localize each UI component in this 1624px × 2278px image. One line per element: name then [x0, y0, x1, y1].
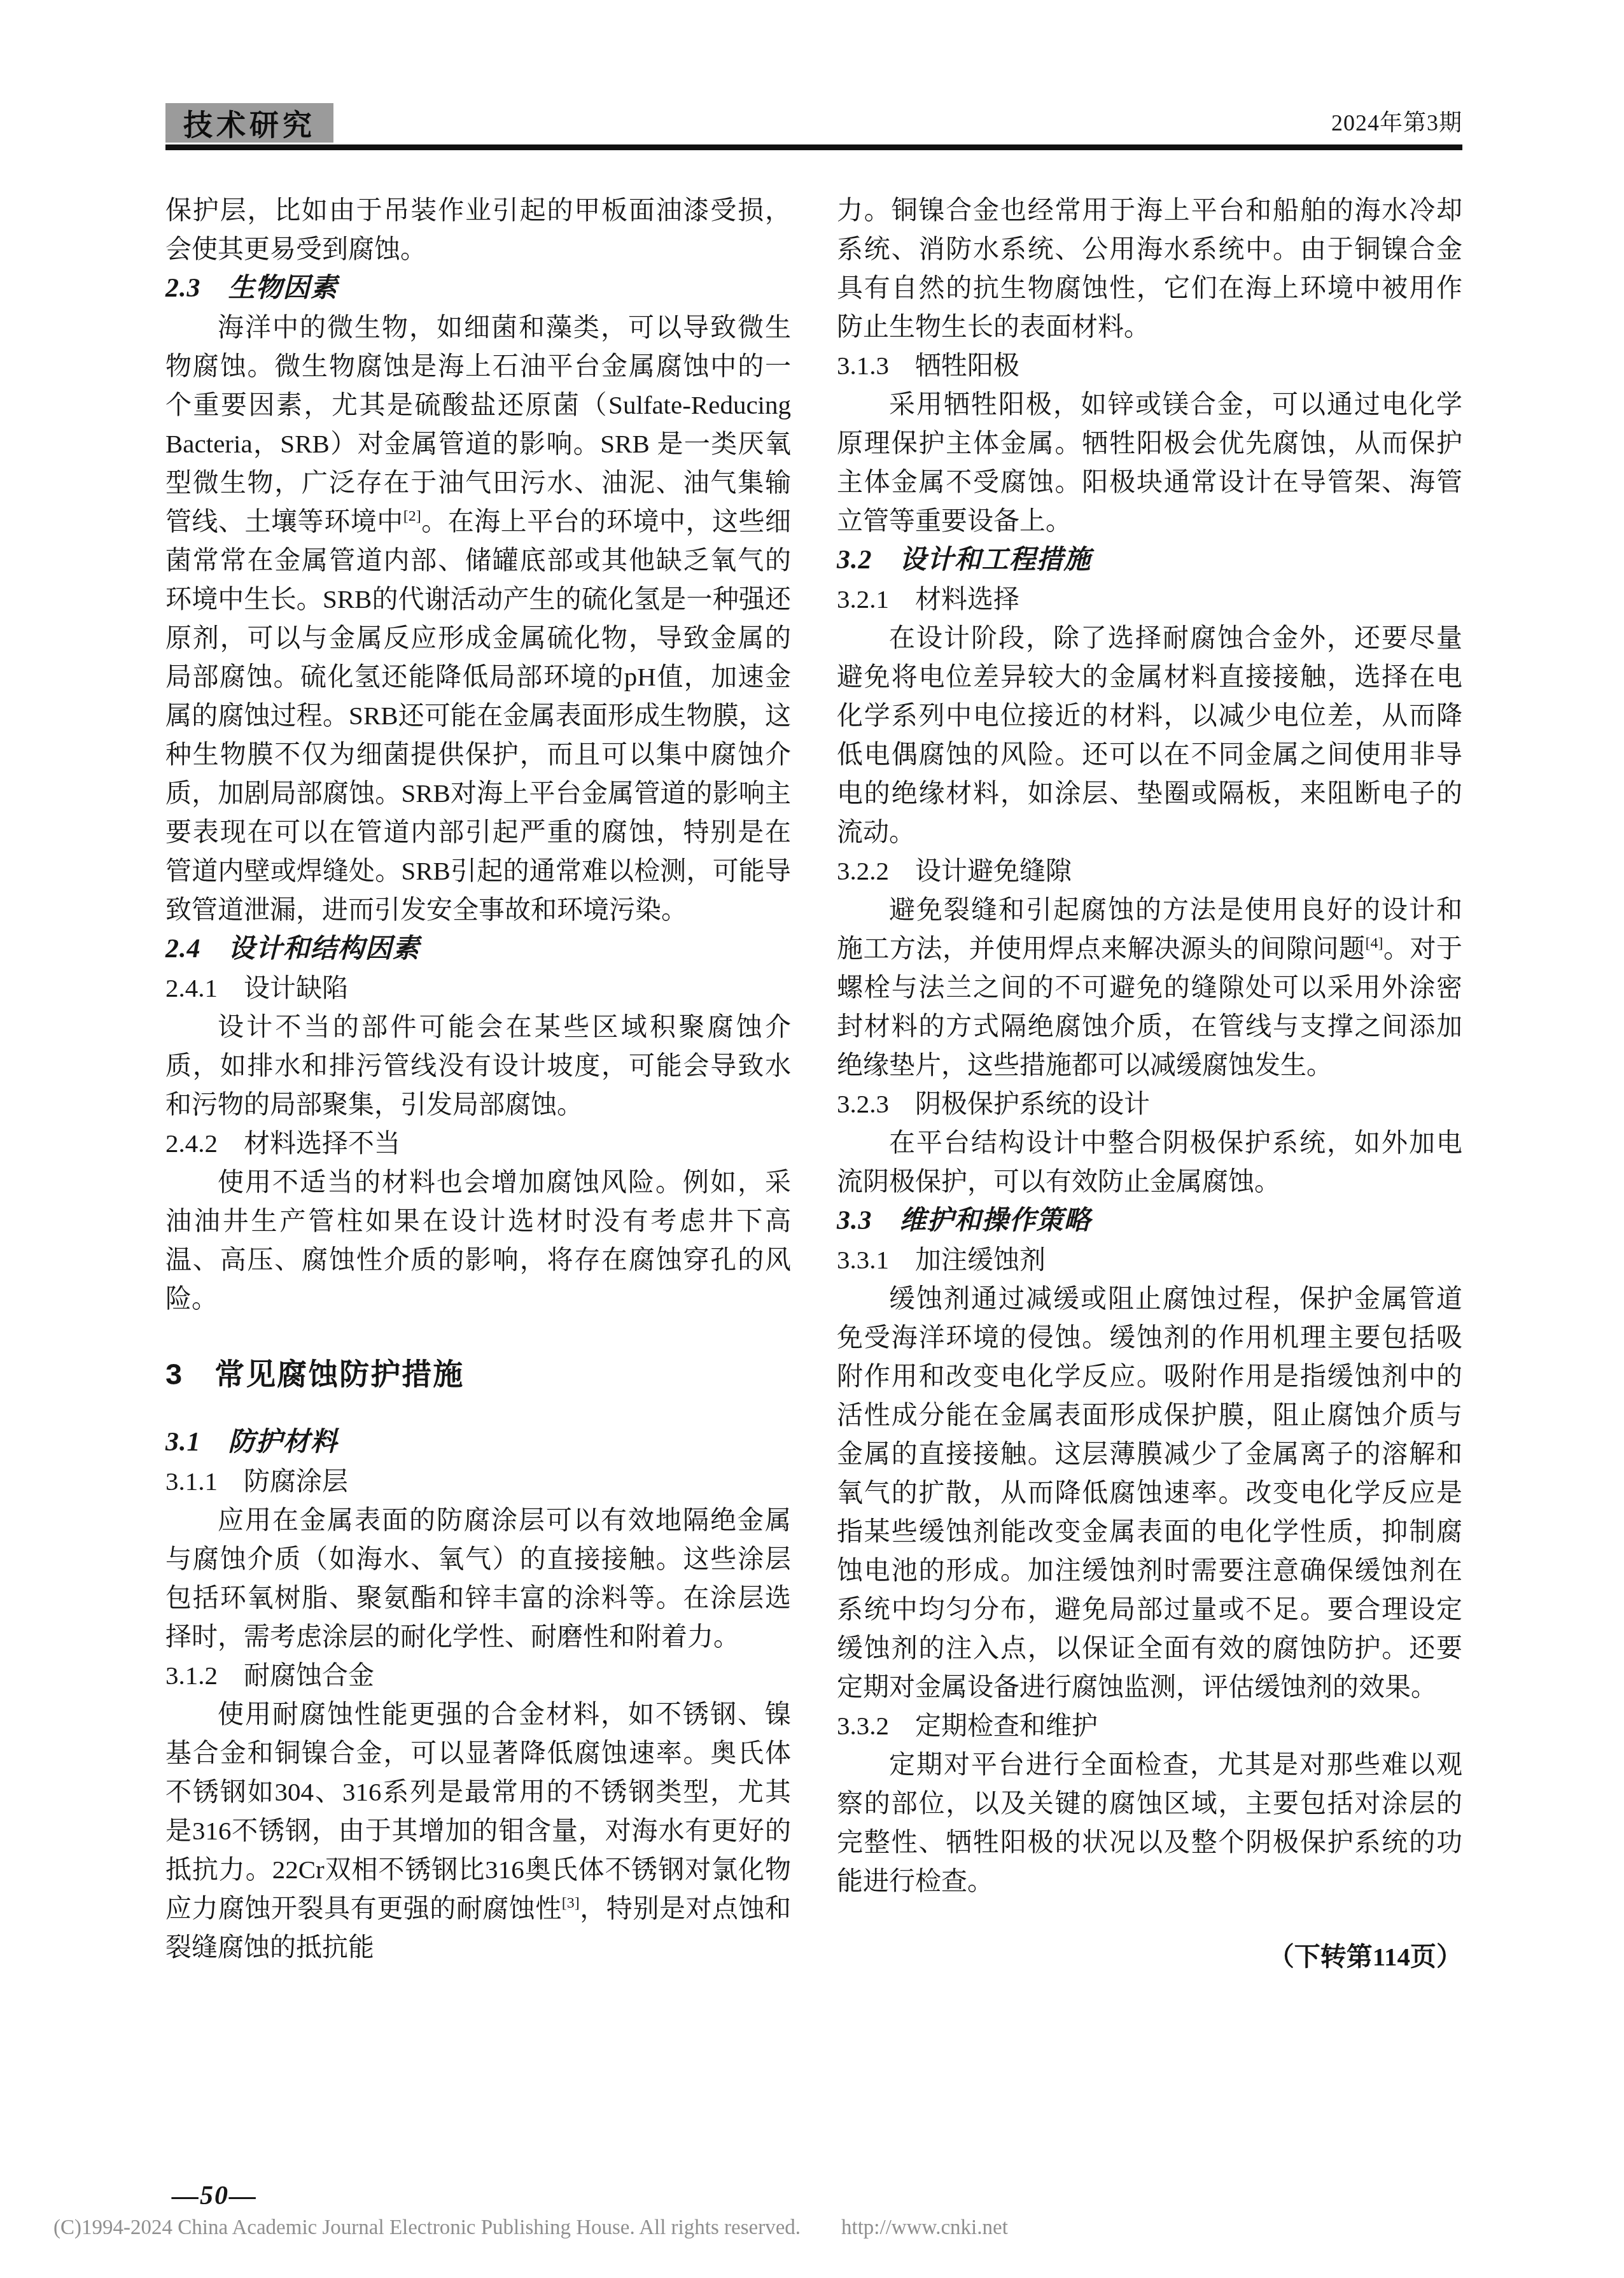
body-paragraph: 在设计阶段，除了选择耐腐蚀合金外，还要尽量避免将电位差异较大的金属材料直接接触，…: [837, 619, 1462, 852]
section-heading-level2: 3.1 防护材料: [165, 1423, 791, 1462]
body-paragraph: 在平台结构设计中整合阴极保护系统，如外加电流阴极保护，可以有效防止金属腐蚀。: [837, 1123, 1462, 1201]
text-run: 在设计阶段，除了选择耐腐蚀合金外，还要尽量避免将电位差异较大的金属材料直接接触，…: [837, 623, 1462, 847]
continued-on-note: （下转第114页）: [837, 1937, 1462, 1976]
column-badge: 技术研究: [165, 103, 333, 143]
badge-label: 技术研究: [183, 102, 316, 144]
body-paragraph: 应用在金属表面的防腐涂层可以有效地隔绝金属与腐蚀介质（如海水、氧气）的直接接触。…: [165, 1501, 791, 1656]
text-run: 定期对平台进行全面检查，尤其是对那些难以观察的部位，以及关键的腐蚀区域，主要包括…: [837, 1750, 1462, 1895]
section-heading-level3: 2.4.2 材料选择不当: [165, 1124, 791, 1163]
body-paragraph: 采用牺牲阳极，如锌或镁合金，可以通过电化学原理保护主体金属。牺牲阳极会优先腐蚀，…: [837, 385, 1462, 540]
text-run: 使用耐腐蚀性能更强的合金材料，如不锈钢、镍基合金和铜镍合金，可以显著降低腐蚀速率…: [165, 1699, 791, 1923]
body-paragraph: 避免裂缝和引起腐蚀的方法是使用良好的设计和施工方法，并使用焊点来解决源头的间隙问…: [837, 890, 1462, 1085]
column-right: 力。铜镍合金也经常用于海上平台和船舶的海水冷却系统、消防水系统、公用海水系统中。…: [837, 191, 1462, 1976]
section-heading-level3: 2.4.1 设计缺陷: [165, 969, 791, 1008]
page-header: 技术研究 2024年第3期: [165, 101, 1462, 143]
text-run: 。在海上平台的环境中，这些细菌常常在金属管道内部、储罐底部或其他缺乏氧气的环境中…: [165, 507, 791, 924]
body-paragraph: 缓蚀剂通过减缓或阻止腐蚀过程，保护金属管道免受海洋环境的侵蚀。缓蚀剂的作用机理主…: [837, 1279, 1462, 1706]
reference-superscript: [3]: [562, 1895, 580, 1911]
text-run: 采用牺牲阳极，如锌或镁合金，可以通过电化学原理保护主体金属。牺牲阳极会优先腐蚀，…: [837, 390, 1462, 535]
section-heading-level3: 3.1.3 牺牲阳极: [837, 346, 1462, 385]
page-number: —50—: [172, 2181, 257, 2211]
section-heading-level3: 3.1.2 耐腐蚀合金: [165, 1656, 791, 1695]
journal-page: { "header": { "badge": "技术研究", "issue": …: [0, 0, 1624, 2278]
section-heading-level2: 3.3 维护和操作策略: [837, 1201, 1462, 1241]
body-paragraph: 保护层，比如由于吊装作业引起的甲板面油漆受损，会使其更易受到腐蚀。: [165, 191, 791, 269]
section-heading-level3: 3.3.2 定期检查和维护: [837, 1706, 1462, 1745]
body-paragraph: 使用耐腐蚀性能更强的合金材料，如不锈钢、镍基合金和铜镍合金，可以显著降低腐蚀速率…: [165, 1695, 791, 1967]
text-run: 避免裂缝和引起腐蚀的方法是使用良好的设计和施工方法，并使用焊点来解决源头的间隙问…: [837, 895, 1462, 963]
section-heading-level3: 3.3.1 加注缓蚀剂: [837, 1241, 1462, 1279]
two-column-body: 保护层，比如由于吊装作业引起的甲板面油漆受损，会使其更易受到腐蚀。2.3 生物因…: [165, 191, 1462, 1976]
copyright-text: (C)1994-2024 China Academic Journal Elec…: [53, 2216, 801, 2239]
body-paragraph: 海洋中的微生物，如细菌和藻类，可以导致微生物腐蚀。微生物腐蚀是海上石油平台金属腐…: [165, 308, 791, 929]
text-run: 保护层，比如由于吊装作业引起的甲板面油漆受损，会使其更易受到腐蚀。: [165, 195, 791, 264]
section-heading-level2: 2.4 设计和结构因素: [165, 929, 791, 969]
section-heading-level2: 3.2 设计和工程措施: [837, 540, 1462, 580]
text-run: 海洋中的微生物，如细菌和藻类，可以导致微生物腐蚀。微生物腐蚀是海上石油平台金属腐…: [165, 313, 791, 536]
column-left: 保护层，比如由于吊装作业引起的甲板面油漆受损，会使其更易受到腐蚀。2.3 生物因…: [165, 191, 791, 1976]
header-rule: [165, 144, 1462, 150]
section-heading-level3: 3.1.1 防腐涂层: [165, 1462, 791, 1501]
text-run: 力。铜镍合金也经常用于海上平台和船舶的海水冷却系统、消防水系统、公用海水系统中。…: [837, 195, 1462, 341]
body-paragraph: 使用不适当的材料也会增加腐蚀风险。例如，采油油井生产管柱如果在设计选材时没有考虑…: [165, 1163, 791, 1318]
copyright-url: http://www.cnki.net: [841, 2216, 1008, 2239]
section-heading-level3: 3.2.2 设计避免缝隙: [837, 852, 1462, 890]
section-heading-level3: 3.2.1 材料选择: [837, 580, 1462, 619]
copyright-line: (C)1994-2024 China Academic Journal Elec…: [53, 2216, 1008, 2240]
body-paragraph: 力。铜镍合金也经常用于海上平台和船舶的海水冷却系统、消防水系统、公用海水系统中。…: [837, 191, 1462, 346]
issue-label: 2024年第3期: [1331, 105, 1462, 143]
page-content: 技术研究 2024年第3期 保护层，比如由于吊装作业引起的甲板面油漆受损，会使其…: [165, 101, 1462, 1976]
text-run: 在平台结构设计中整合阴极保护系统，如外加电流阴极保护，可以有效防止金属腐蚀。: [837, 1128, 1462, 1196]
text-run: 设计不当的部件可能会在某些区域积聚腐蚀介质，如排水和排污管线没有设计坡度，可能会…: [165, 1012, 791, 1119]
body-paragraph: 设计不当的部件可能会在某些区域积聚腐蚀介质，如排水和排污管线没有设计坡度，可能会…: [165, 1008, 791, 1124]
reference-superscript: [4]: [1365, 935, 1383, 952]
section-heading-level3: 3.2.3 阴极保护系统的设计: [837, 1085, 1462, 1123]
reference-superscript: [2]: [403, 508, 421, 524]
section-heading-level2: 2.3 生物因素: [165, 269, 791, 308]
text-run: 应用在金属表面的防腐涂层可以有效地隔绝金属与腐蚀介质（如海水、氧气）的直接接触。…: [165, 1505, 791, 1651]
section-heading-level1: 3 常见腐蚀防护措施: [165, 1354, 791, 1395]
text-run: 使用不适当的材料也会增加腐蚀风险。例如，采油油井生产管柱如果在设计选材时没有考虑…: [165, 1167, 791, 1313]
text-run: 缓蚀剂通过减缓或阻止腐蚀过程，保护金属管道免受海洋环境的侵蚀。缓蚀剂的作用机理主…: [837, 1284, 1462, 1701]
body-paragraph: 定期对平台进行全面检查，尤其是对那些难以观察的部位，以及关键的腐蚀区域，主要包括…: [837, 1745, 1462, 1901]
